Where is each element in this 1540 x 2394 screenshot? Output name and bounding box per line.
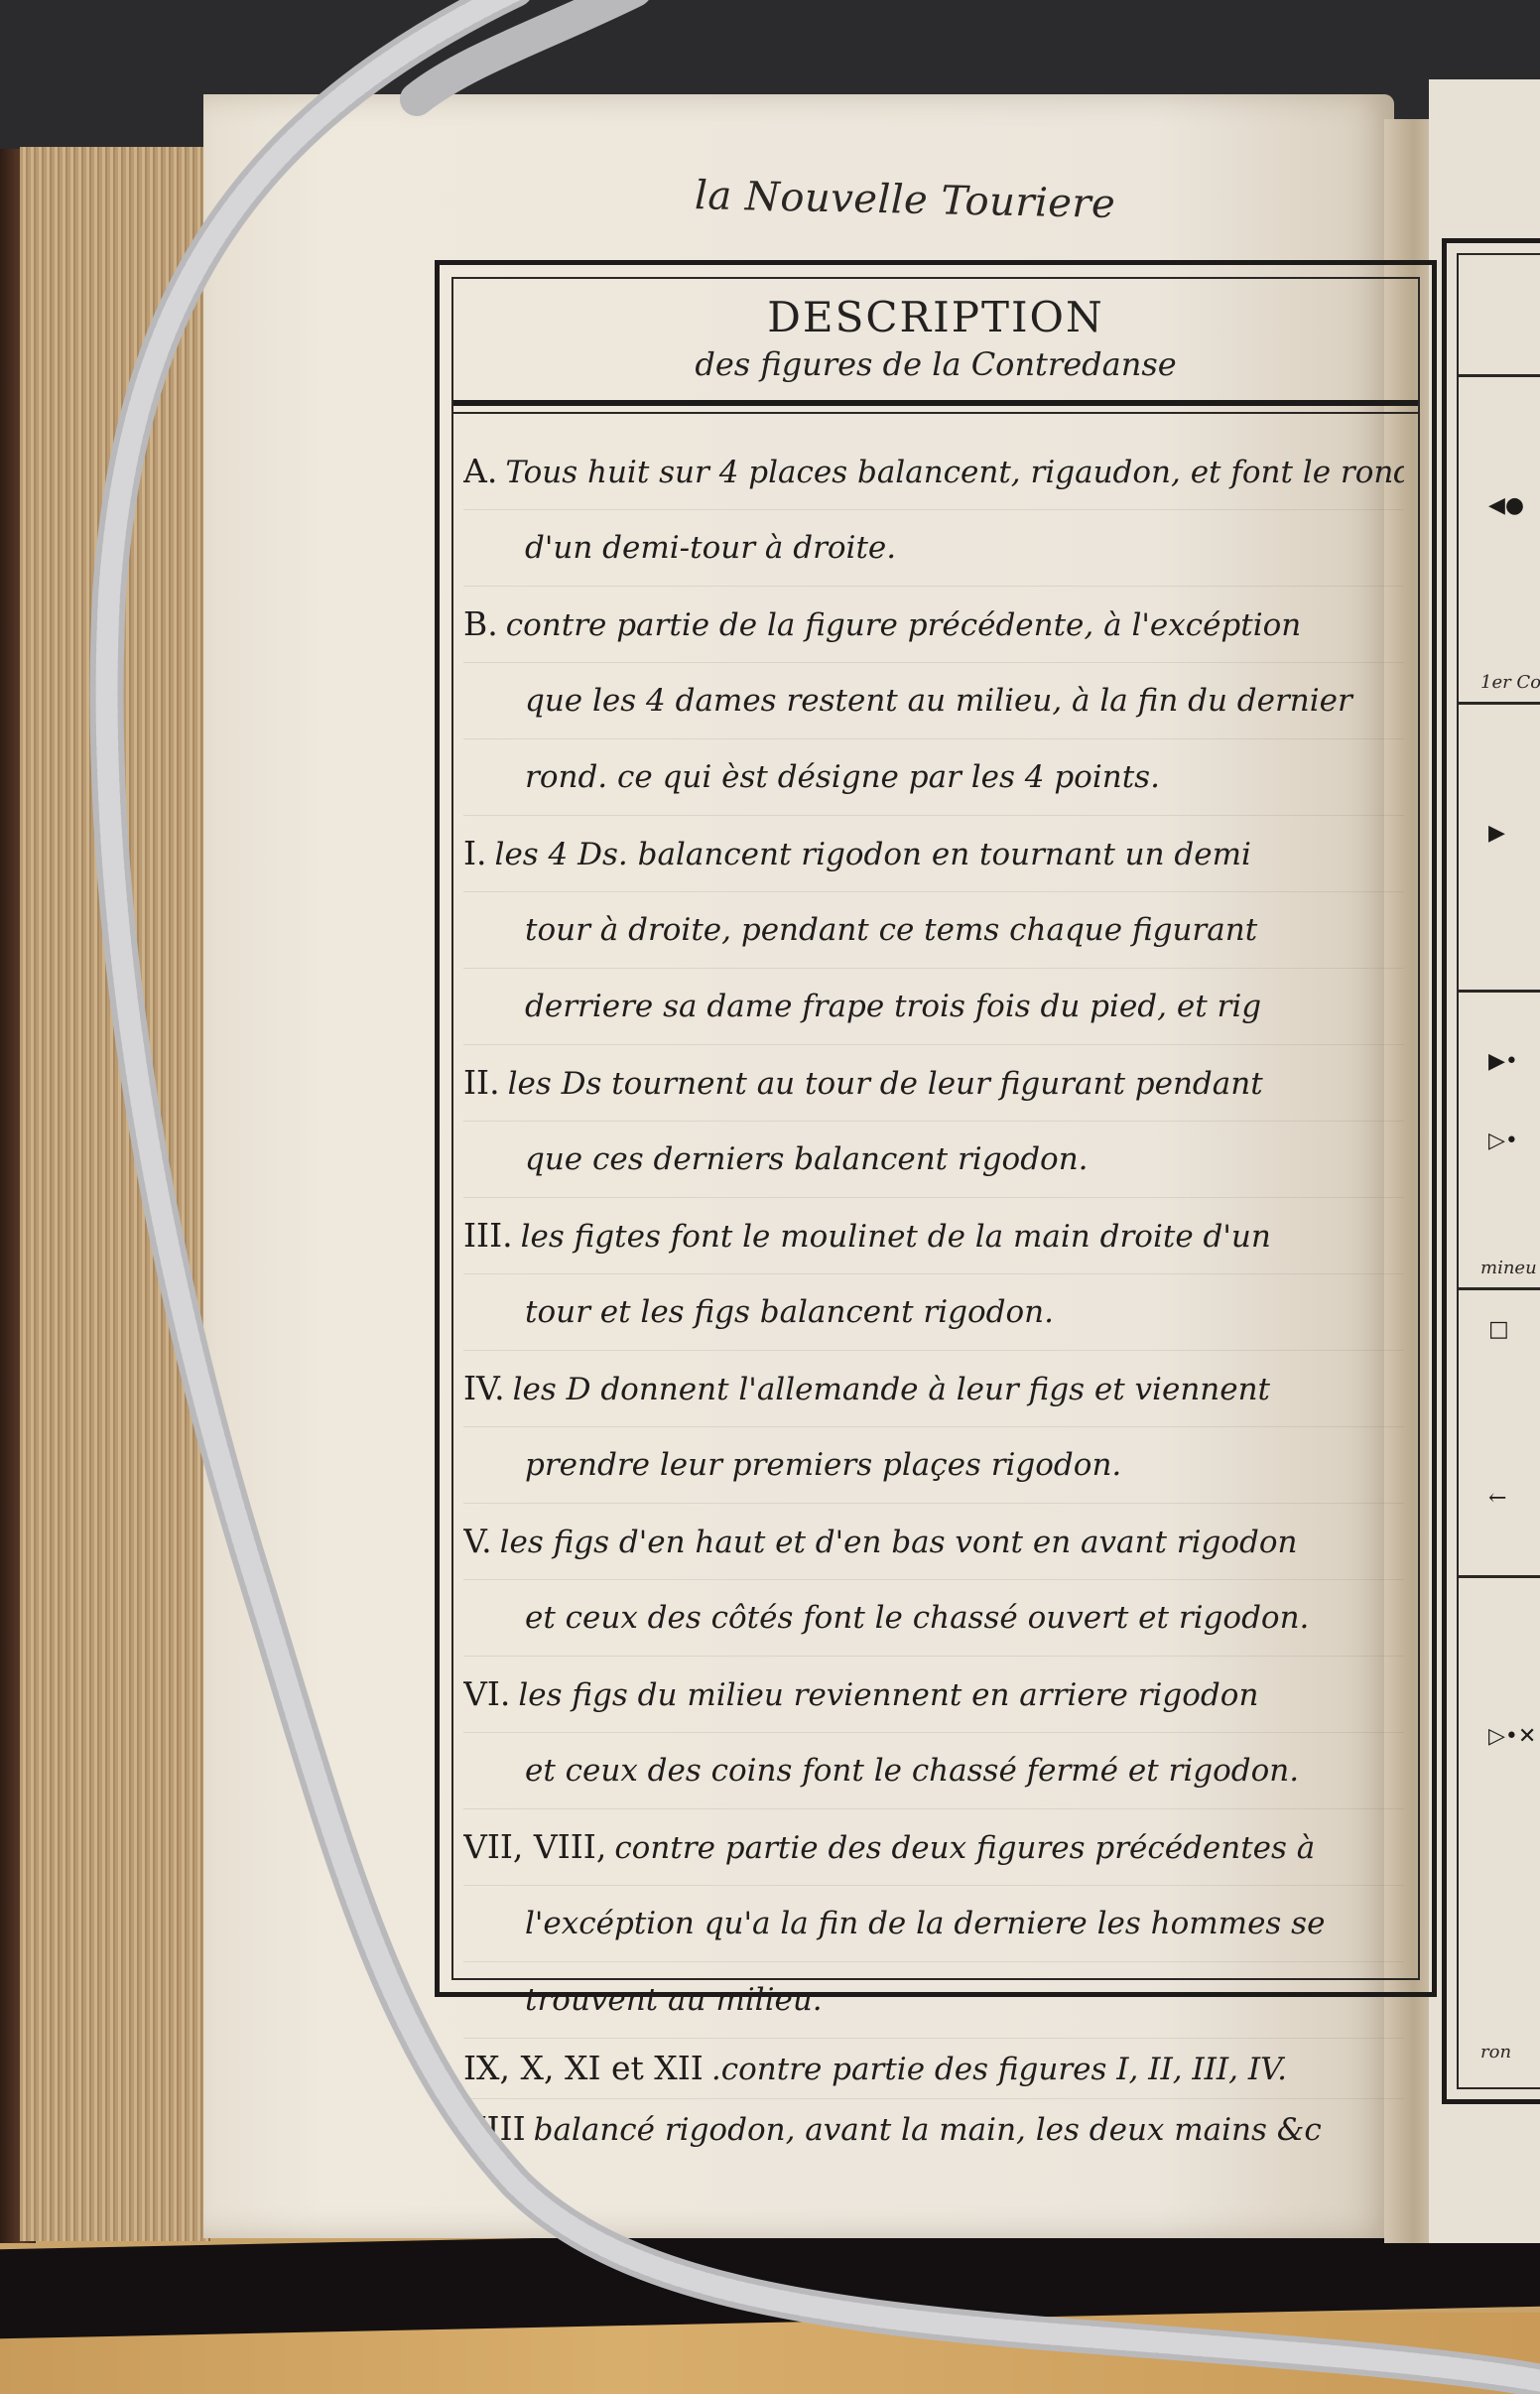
figure-entry-iii: III.les figtes font le moulinet de la ma… [463,1198,1404,1351]
entry-line: I.les 4 Ds. balancent rigodon en tournan… [463,816,1404,892]
entry-line: derriere sa dame frape trois fois du pie… [463,969,1404,1045]
book-page-edges [20,147,210,2241]
entry-line: et ceux des coins font le chassé fermé e… [463,1733,1404,1809]
right-page-fragment: 1er Con [1480,672,1540,693]
right-page-divider [1459,1287,1540,1290]
figure-entry-ix-xii: IX, X, XI et XII.contre partie des figur… [463,2039,1404,2099]
entry-line: V.les figs d'en haut et d'en bas vont en… [463,1504,1404,1580]
entry-label: A. [463,452,497,490]
dancer-triangle-icon: ▶ [1488,821,1505,846]
entry-line: VII, VIII,contre partie des deux figures… [463,1809,1404,1886]
right-page-divider [1459,1575,1540,1578]
entry-line: que les 4 dames restent au milieu, à la … [463,663,1404,739]
entry-label: VII, VIII, [463,1827,606,1866]
entry-line: l'excéption qu'a la fin de la derniere l… [463,1886,1404,1962]
entry-line: trouvent au milieu. [463,1962,1404,2039]
description-frame: DESCRIPTION des figures de la Contredans… [435,260,1437,1997]
figure-entry-a: A.Tous huit sur 4 places balancent, riga… [463,434,1404,587]
description-frame-inner: DESCRIPTION des figures de la Contredans… [451,277,1420,1980]
right-page-frame: ◀● 1er Con ▶ ▶• ▷• mineu □ ← ▷•✕ ron [1442,238,1540,2104]
entry-line: prendre leur premiers plaçes rigodon. [463,1427,1404,1504]
figure-entry-vi: VI.les figs du milieu reviennent en arri… [463,1657,1404,1809]
entry-line: XIIIbalancé rigodon, avant la main, les … [463,2099,1404,2159]
figure-entry-i: I.les 4 Ds. balancent rigodon en tournan… [463,816,1404,1045]
entry-label: V. [463,1522,492,1560]
entry-line: et ceux des côtés font le chassé ouvert … [463,1580,1404,1657]
entry-line: tour à droite, pendant ce tems chaque fi… [463,892,1404,969]
dancer-triangle-icon: ▶• [1488,1049,1518,1074]
entry-label: B. [463,604,498,643]
entry-line: II.les Ds tournent au tour de leur figur… [463,1045,1404,1122]
entry-line: que ces derniers balancent rigodon. [463,1122,1404,1198]
figure-entry-ii: II.les Ds tournent au tour de leur figur… [463,1045,1404,1198]
arrow-left-icon: ← [1488,1486,1506,1511]
dancer-triangle-icon: ▷•✕ [1488,1724,1536,1749]
page-subtitle: des figures de la Contredanse [453,345,1418,383]
figure-entry-vii-viii: VII, VIII,contre partie des deux figures… [463,1809,1404,2039]
entry-line: III.les figtes font le moulinet de la ma… [463,1198,1404,1274]
right-page-divider [1459,702,1540,705]
dancer-triangle-icon: ▷• [1488,1129,1518,1153]
right-page-fragment: mineu [1480,1258,1537,1278]
figure-entry-b: B.contre partie de la figure précédente,… [463,587,1404,816]
right-page-fragment: ron [1480,2042,1511,2062]
entry-line: A.Tous huit sur 4 places balancent, riga… [463,434,1404,510]
entry-label: IX, X, XI et XII [463,2049,704,2087]
description-body: A.Tous huit sur 4 places balancent, riga… [453,412,1418,1978]
figure-entry-xiii: XIIIbalancé rigodon, avant la main, les … [463,2099,1404,2159]
figure-entry-v: V.les figs d'en haut et d'en bas vont en… [463,1504,1404,1657]
page-title: DESCRIPTION [453,293,1418,341]
dancer-square-icon: □ [1488,1317,1509,1342]
entry-line: IX, X, XI et XII.contre partie des figur… [463,2039,1404,2099]
entry-label: IV. [463,1369,505,1407]
entry-label: XIII [463,2109,526,2148]
figure-entry-iv: IV.les D donnent l'allemande à leur figs… [463,1351,1404,1504]
description-header: DESCRIPTION des figures de la Contredans… [453,279,1418,406]
dancer-triangle-icon: ◀● [1488,493,1524,518]
entry-line: tour et les figs balancent rigodon. [463,1274,1404,1351]
entry-line: IV.les D donnent l'allemande à leur figs… [463,1351,1404,1427]
entry-label: I. [463,834,487,872]
right-page-frame-inner: ◀● 1er Con ▶ ▶• ▷• mineu □ ← ▷•✕ ron [1457,253,1540,2089]
entry-label: III. [463,1216,513,1255]
right-page-divider [1459,374,1540,377]
entry-line: VI.les figs du milieu reviennent en arri… [463,1657,1404,1733]
entry-line: B.contre partie de la figure précédente,… [463,587,1404,663]
entry-label: II. [463,1063,500,1102]
entry-line: rond. ce qui èst désigne par les 4 point… [463,739,1404,816]
entry-line: d'un demi-tour à droite. [463,510,1404,587]
right-page-divider [1459,990,1540,993]
entry-label: VI. [463,1674,510,1713]
